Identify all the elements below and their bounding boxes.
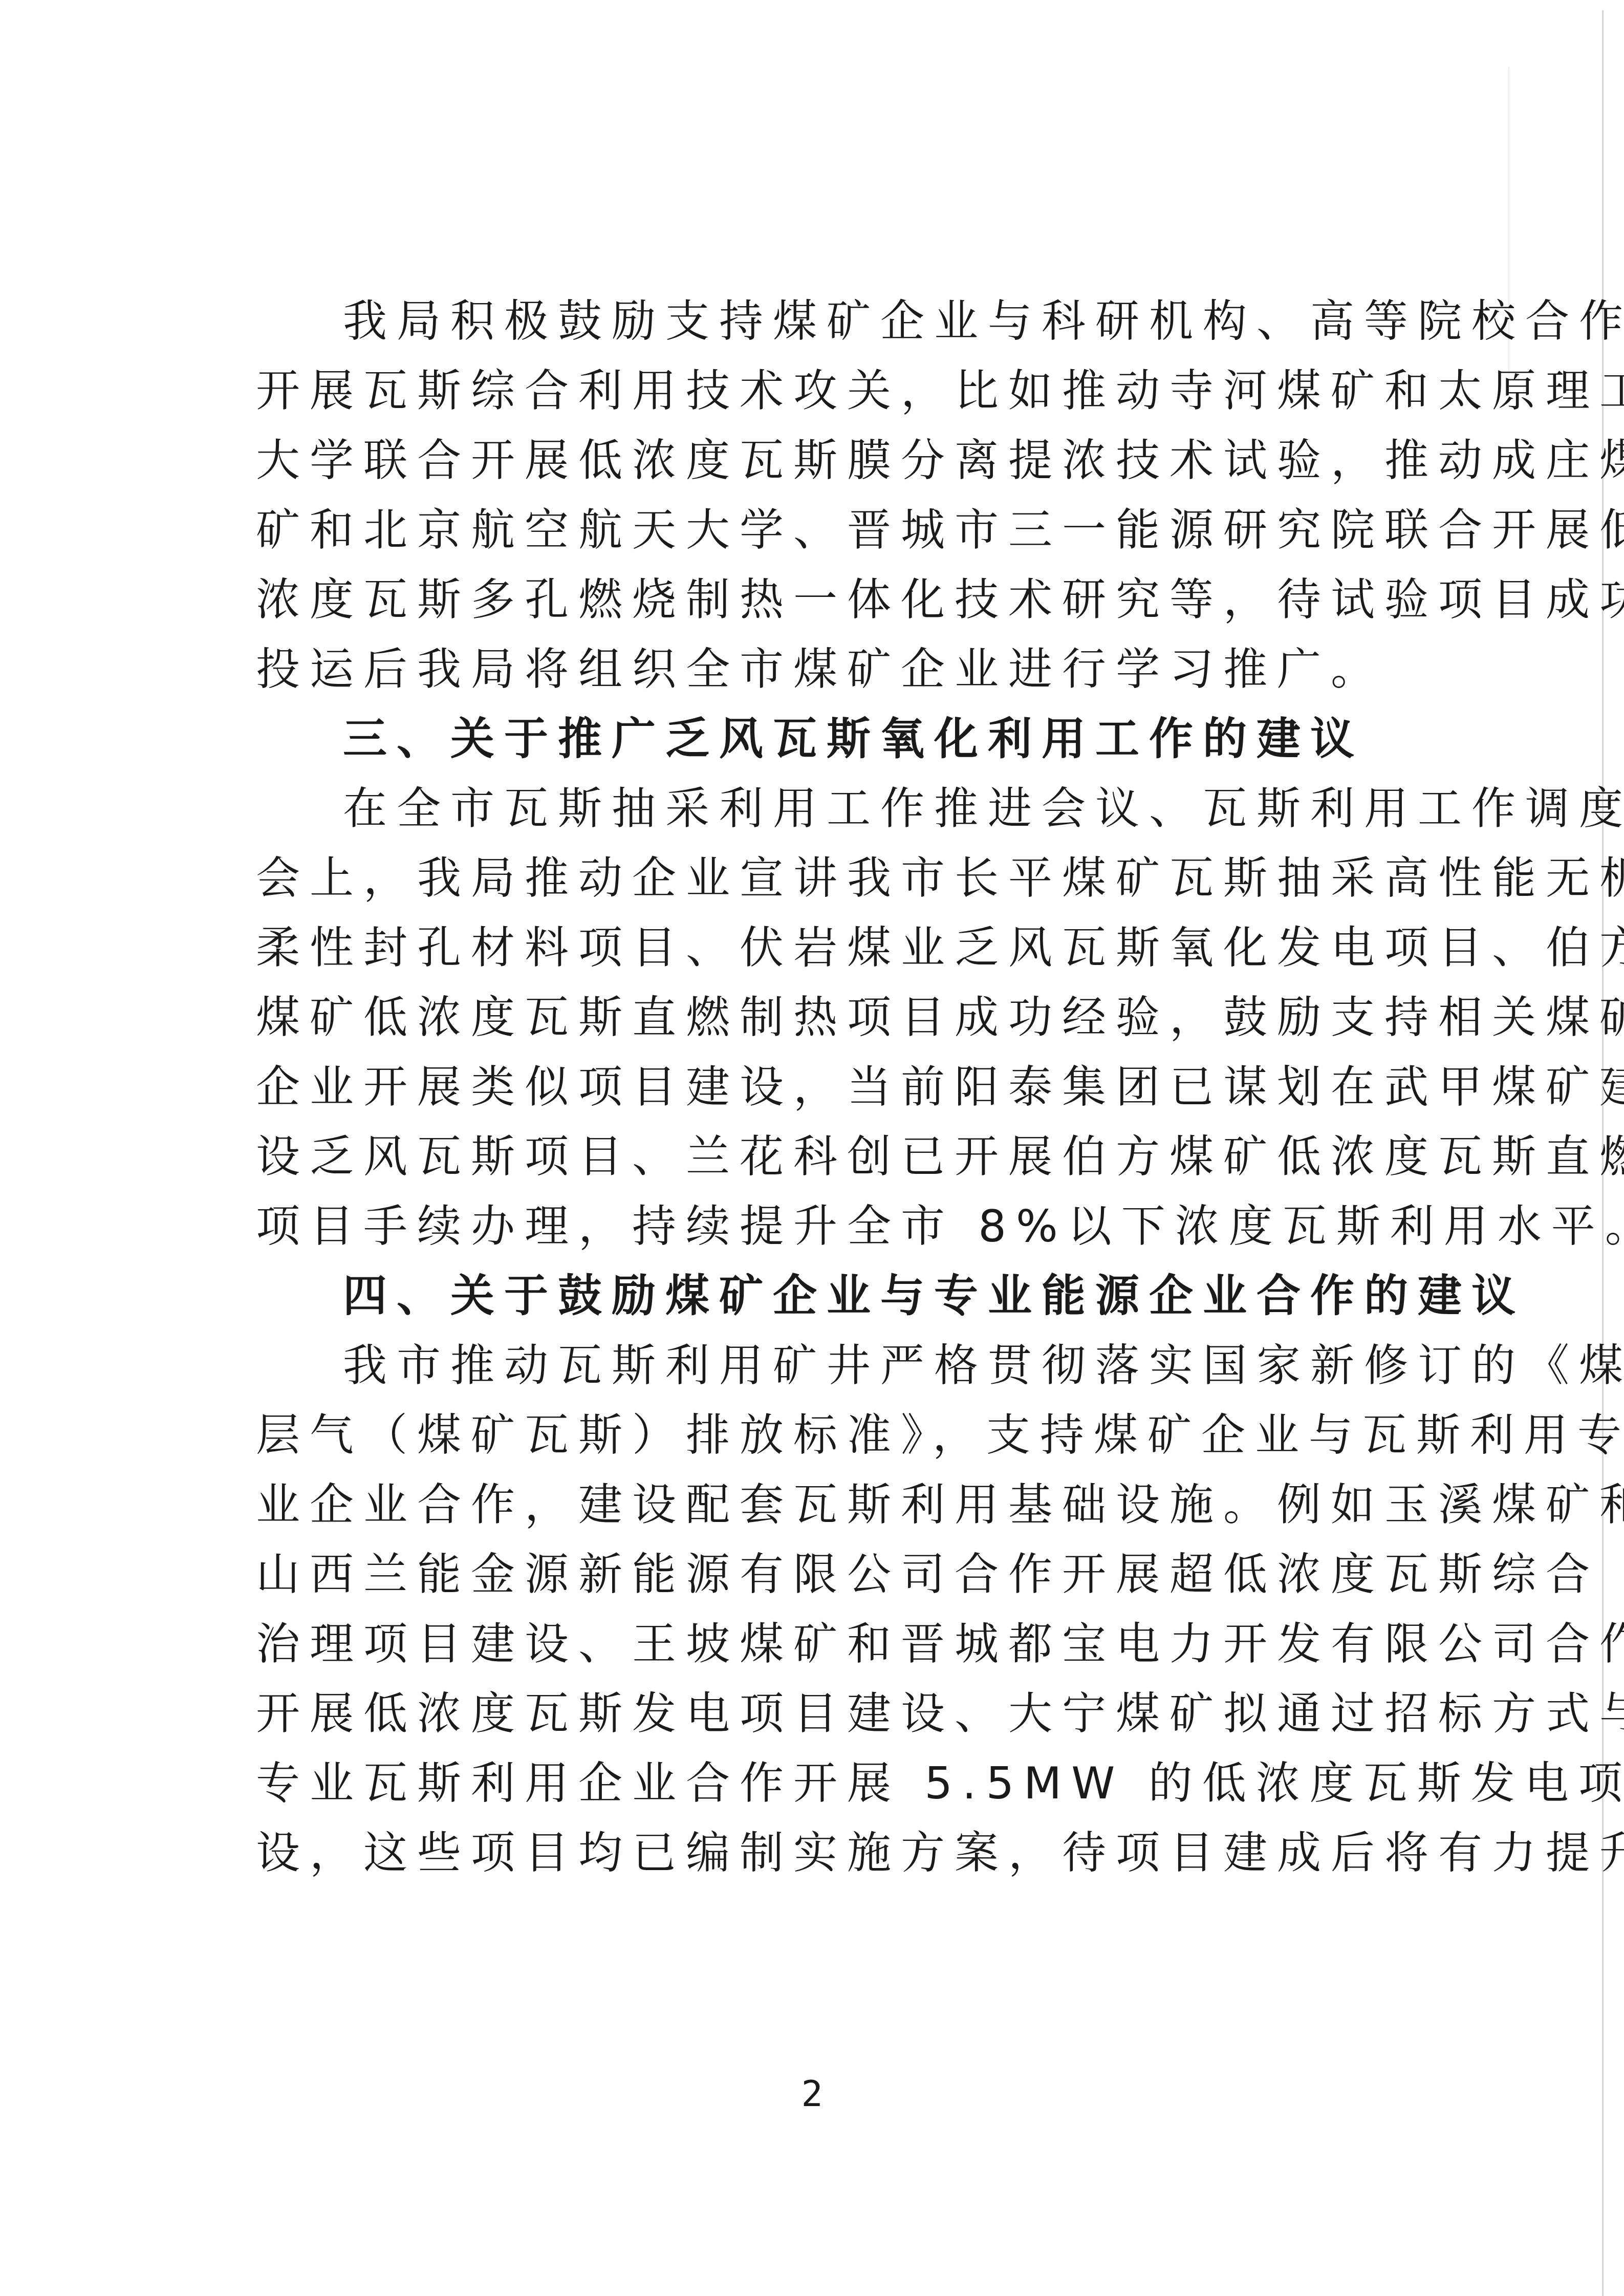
text-line: 业企业合作，建设配套瓦斯利用基础设施。例如玉溪煤矿和: [256, 1470, 1285, 1540]
text-line: 设，这些项目均已编制实施方案，待项目建成后将有力提升: [256, 1818, 1285, 1888]
section-heading-4: 四、关于鼓励煤矿企业与专业能源企业合作的建议: [256, 1261, 1285, 1331]
text-line: 投运后我局将组织全市煤矿企业进行学习推广。: [256, 635, 1285, 704]
text-line: 柔性封孔材料项目、伏岩煤业乏风瓦斯氧化发电项目、伯方: [256, 913, 1285, 983]
text-line: 项目手续办理，持续提升全市 8%以下浓度瓦斯利用水平。: [256, 1192, 1285, 1261]
text-line: 我市推动瓦斯利用矿井严格贯彻落实国家新修订的《煤: [256, 1331, 1285, 1401]
text-line: 大学联合开展低浓度瓦斯膜分离提浓技术试验，推动成庄煤: [256, 426, 1285, 496]
text-line: 矿和北京航空航天大学、晋城市三一能源研究院联合开展低: [256, 496, 1285, 565]
page-number: 2: [0, 2068, 1624, 2119]
text-line: 浓度瓦斯多孔燃烧制热一体化技术研究等，待试验项目成功: [256, 565, 1285, 635]
text-line: 企业开展类似项目建设，当前阳泰集团已谋划在武甲煤矿建: [256, 1053, 1285, 1122]
text-line: 治理项目建设、王坡煤矿和晋城都宝电力开发有限公司合作: [256, 1610, 1285, 1679]
text-line: 层气（煤矿瓦斯）排放标准》，支持煤矿企业与瓦斯利用专: [256, 1401, 1285, 1470]
paragraph-ventilation-methane: 在全市瓦斯抽采利用工作推进会议、瓦斯利用工作调度 会上，我局推动企业宣讲我市长平…: [256, 774, 1285, 1261]
document-page: 我局积极鼓励支持煤矿企业与科研机构、高等院校合作 开展瓦斯综合利用技术攻关，比如…: [0, 0, 1624, 2296]
text-line: 煤矿低浓度瓦斯直燃制热项目成功经验，鼓励支持相关煤矿: [256, 983, 1285, 1053]
text-line: 会上，我局推动企业宣讲我市长平煤矿瓦斯抽采高性能无机: [256, 844, 1285, 913]
text-line: 设乏风瓦斯项目、兰花科创已开展伯方煤矿低浓度瓦斯直燃: [256, 1122, 1285, 1192]
text-line: 在全市瓦斯抽采利用工作推进会议、瓦斯利用工作调度: [256, 774, 1285, 844]
paragraph-energy-cooperation: 我市推动瓦斯利用矿井严格贯彻落实国家新修订的《煤 层气（煤矿瓦斯）排放标准》，支…: [256, 1331, 1285, 1888]
text-line: 开展瓦斯综合利用技术攻关，比如推动寺河煤矿和太原理工: [256, 356, 1285, 426]
text-line: 我局积极鼓励支持煤矿企业与科研机构、高等院校合作: [256, 287, 1285, 356]
text-line: 开展低浓度瓦斯发电项目建设、大宁煤矿拟通过招标方式与: [256, 1679, 1285, 1749]
paragraph-research-cooperation: 我局积极鼓励支持煤矿企业与科研机构、高等院校合作 开展瓦斯综合利用技术攻关，比如…: [256, 287, 1285, 704]
document-body: 我局积极鼓励支持煤矿企业与科研机构、高等院校合作 开展瓦斯综合利用技术攻关，比如…: [256, 287, 1285, 1888]
text-line: 专业瓦斯利用企业合作开展 5.5MW 的低浓度瓦斯发电项目建: [256, 1749, 1285, 1818]
text-line: 山西兰能金源新能源有限公司合作开展超低浓度瓦斯综合: [256, 1540, 1285, 1610]
section-heading-3: 三、关于推广乏风瓦斯氧化利用工作的建议: [256, 704, 1285, 774]
